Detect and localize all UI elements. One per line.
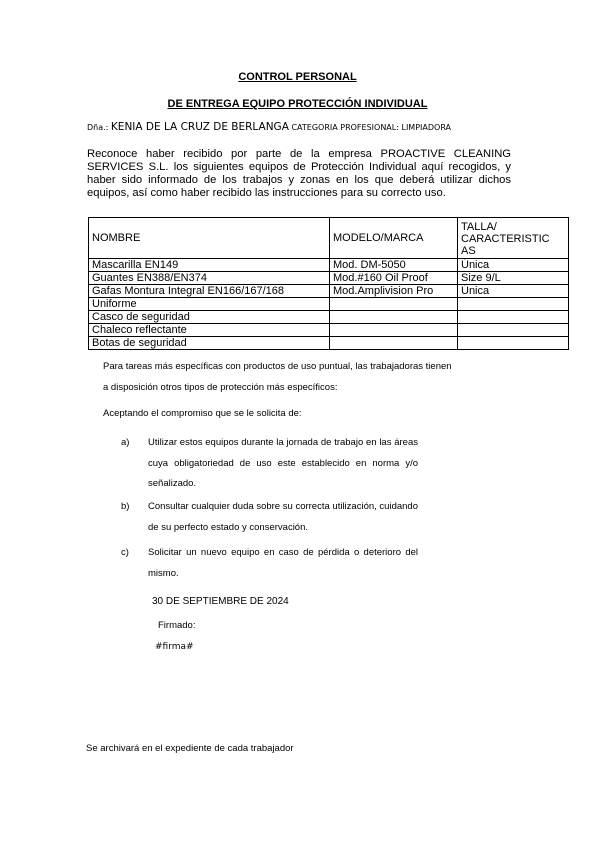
- cell-modelo: [330, 324, 458, 337]
- cell-nombre: Uniforme: [89, 298, 330, 311]
- item-text: Consultar cualquier duda sobre su correc…: [148, 497, 418, 538]
- employee-prefix: Dña.:: [87, 123, 108, 132]
- cell-modelo: Mod.Amplivision Pro: [330, 285, 458, 298]
- cell-talla: [458, 337, 569, 350]
- cell-modelo: Mod. DM-5050: [330, 259, 458, 272]
- commitment-intro: Aceptando el compromiso que se le solici…: [103, 408, 302, 419]
- category-value: LIMPIADORA: [401, 123, 451, 132]
- cell-nombre: Mascarilla EN149: [89, 259, 330, 272]
- footer-note: Se archivará en el expediente de cada tr…: [86, 743, 294, 754]
- cell-talla: Única: [458, 259, 569, 272]
- employee-line: Dña.: KENIA DE LA CRUZ DE BERLANGA CATEG…: [87, 121, 451, 133]
- cell-talla: Única: [458, 285, 569, 298]
- cell-talla: Size 9/L: [458, 272, 569, 285]
- cell-nombre: Chaleco reflectante: [89, 324, 330, 337]
- cell-modelo: [330, 337, 458, 350]
- item-label: c): [121, 543, 129, 564]
- table-row: Guantes EN388/EN374 Mod.#160 Oil Proof S…: [89, 272, 569, 285]
- table-row: Botas de seguridad: [89, 337, 569, 350]
- item-label: a): [121, 433, 129, 454]
- table-row: Mascarilla EN149 Mod. DM-5050 Única: [89, 259, 569, 272]
- category-label: CATEGORIA PROFESIONAL:: [291, 123, 399, 132]
- table-row: Casco de seguridad: [89, 311, 569, 324]
- cell-modelo: [330, 298, 458, 311]
- cell-modelo: Mod.#160 Oil Proof: [330, 272, 458, 285]
- table-row: Uniforme: [89, 298, 569, 311]
- document-date: 30 DE SEPTIEMBRE DE 2024: [152, 596, 289, 607]
- header-talla: TALLA/CARACTERISTICAS: [458, 218, 569, 259]
- cell-talla: [458, 324, 569, 337]
- header-modelo: MODELO/MARCA: [330, 218, 458, 259]
- cell-modelo: [330, 311, 458, 324]
- cell-nombre: Guantes EN388/EN374: [89, 272, 330, 285]
- cell-nombre: Gafas Montura Integral EN166/167/168: [89, 285, 330, 298]
- employee-name: KENIA DE LA CRUZ DE BERLANGA: [111, 121, 289, 133]
- table-header-row: NOMBRE MODELO/MARCA TALLA/CARACTERISTICA…: [89, 218, 569, 259]
- item-text: Utilizar estos equipos durante la jornad…: [148, 433, 418, 495]
- table-row: Chaleco reflectante: [89, 324, 569, 337]
- signed-label: Firmado:: [158, 620, 195, 631]
- cell-nombre: Botas de seguridad: [89, 337, 330, 350]
- document-subtitle: DE ENTREGA EQUIPO PROTECCIÓN INDIVIDUAL: [0, 98, 595, 110]
- header-nombre: NOMBRE: [89, 218, 330, 259]
- cell-talla: [458, 298, 569, 311]
- item-text: Solicitar un nuevo equipo en caso de pér…: [148, 543, 418, 584]
- cell-nombre: Casco de seguridad: [89, 311, 330, 324]
- specific-tasks-line1: Para tareas más específicas con producto…: [103, 361, 452, 372]
- item-label: b): [121, 497, 129, 518]
- signature-placeholder: #firma#: [155, 642, 194, 652]
- cell-talla: [458, 311, 569, 324]
- intro-paragraph: Reconoce haber recibido por parte de la …: [87, 148, 511, 200]
- specific-tasks-line2: a disposición otros tipos de protección …: [103, 382, 337, 393]
- document-title: CONTROL PERSONAL: [0, 71, 595, 83]
- equipment-table: NOMBRE MODELO/MARCA TALLA/CARACTERISTICA…: [88, 217, 569, 350]
- table-row: Gafas Montura Integral EN166/167/168 Mod…: [89, 285, 569, 298]
